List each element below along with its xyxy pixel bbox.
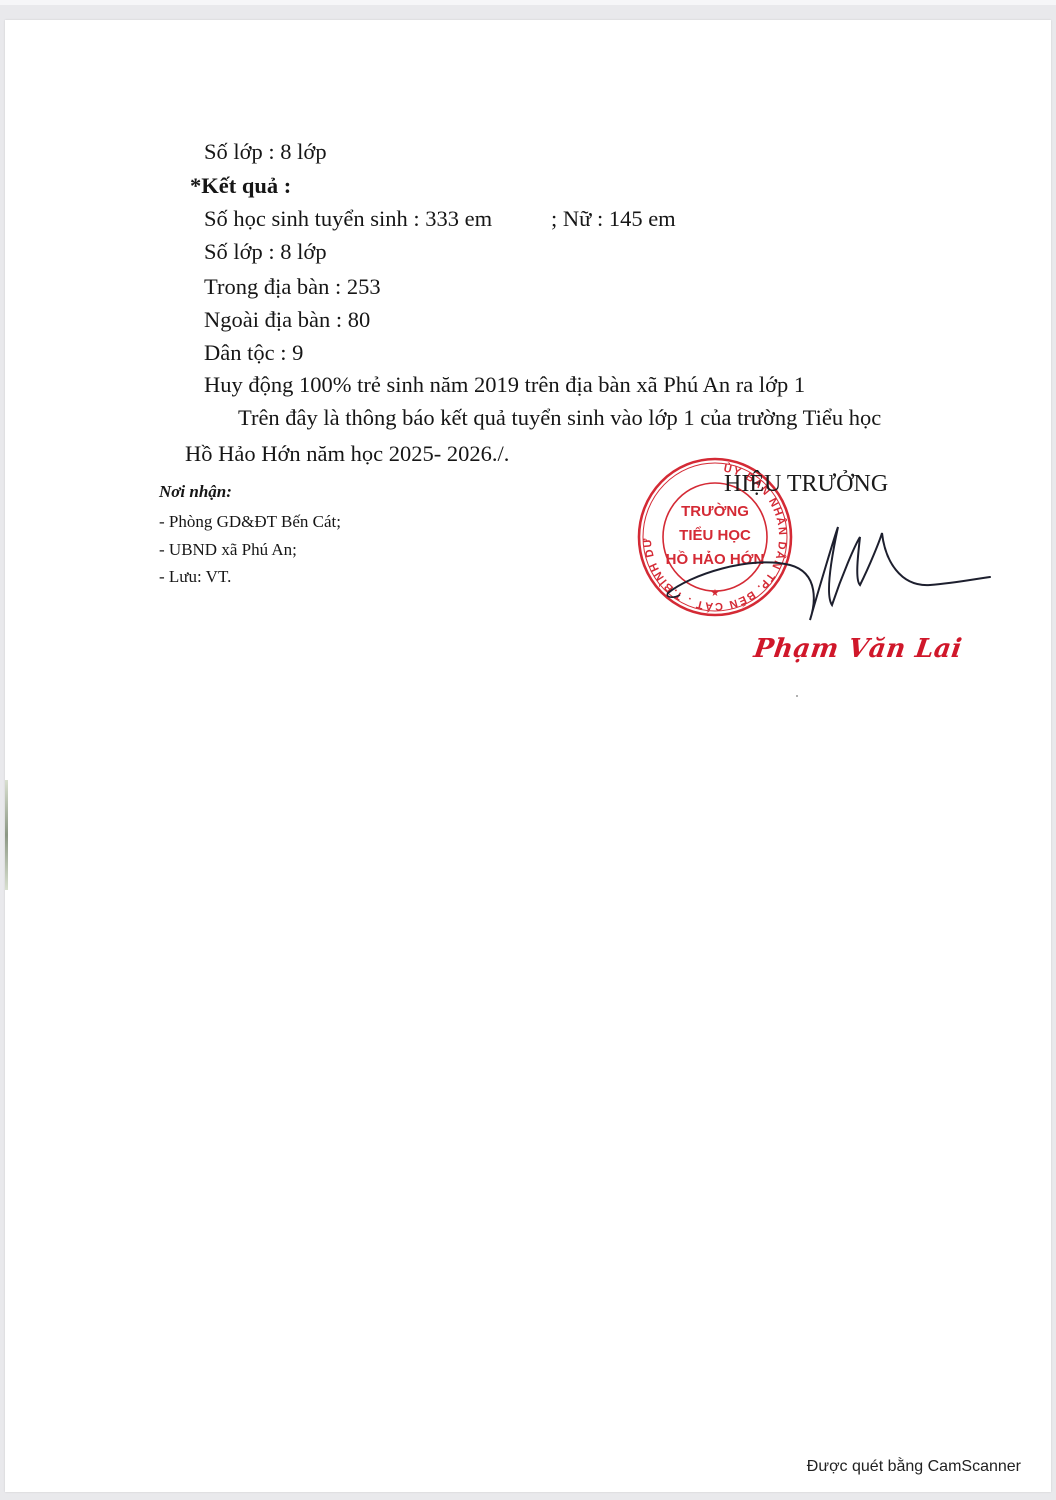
page-edge-artifact	[5, 780, 8, 890]
closing-paragraph-line-2: Hồ Hảo Hớn năm học 2025- 2026./.	[185, 443, 509, 466]
enrolled-students-line: Số học sinh tuyển sinh : 333 em	[204, 208, 492, 231]
out-of-area-line: Ngoài địa bàn : 80	[204, 309, 370, 332]
handwritten-signature	[660, 515, 1000, 625]
signature-title: HIỆU TRƯỞNG	[724, 471, 888, 498]
signer-name: Phạm Văn Lai	[752, 634, 964, 664]
class-count-line: Số lớp : 8 lớp	[204, 141, 327, 164]
mobilization-line: Huy động 100% trẻ sinh năm 2019 trên địa…	[204, 374, 805, 397]
camscanner-watermark: Được quét bằng CamScanner	[807, 1458, 1021, 1476]
recipient-item: - UBND xã Phú An;	[159, 540, 297, 560]
closing-paragraph-line-1: Trên đây là thông báo kết quả tuyển sinh…	[238, 407, 881, 430]
scanned-page	[5, 20, 1051, 1492]
recipient-item: - Lưu: VT.	[159, 567, 231, 587]
scan-speck	[796, 695, 798, 697]
results-heading: *Kết quả :	[190, 175, 291, 198]
recipients-title: Nơi nhận:	[159, 482, 232, 502]
in-area-line: Trong địa bàn : 253	[204, 276, 381, 299]
female-count-line: ; Nữ : 145 em	[551, 208, 676, 231]
class-count-result-line: Số lớp : 8 lớp	[204, 241, 327, 264]
ethnic-line: Dân tộc : 9	[204, 342, 303, 365]
window-top-strip	[0, 0, 1056, 5]
recipient-item: - Phòng GD&ĐT Bến Cát;	[159, 512, 341, 532]
